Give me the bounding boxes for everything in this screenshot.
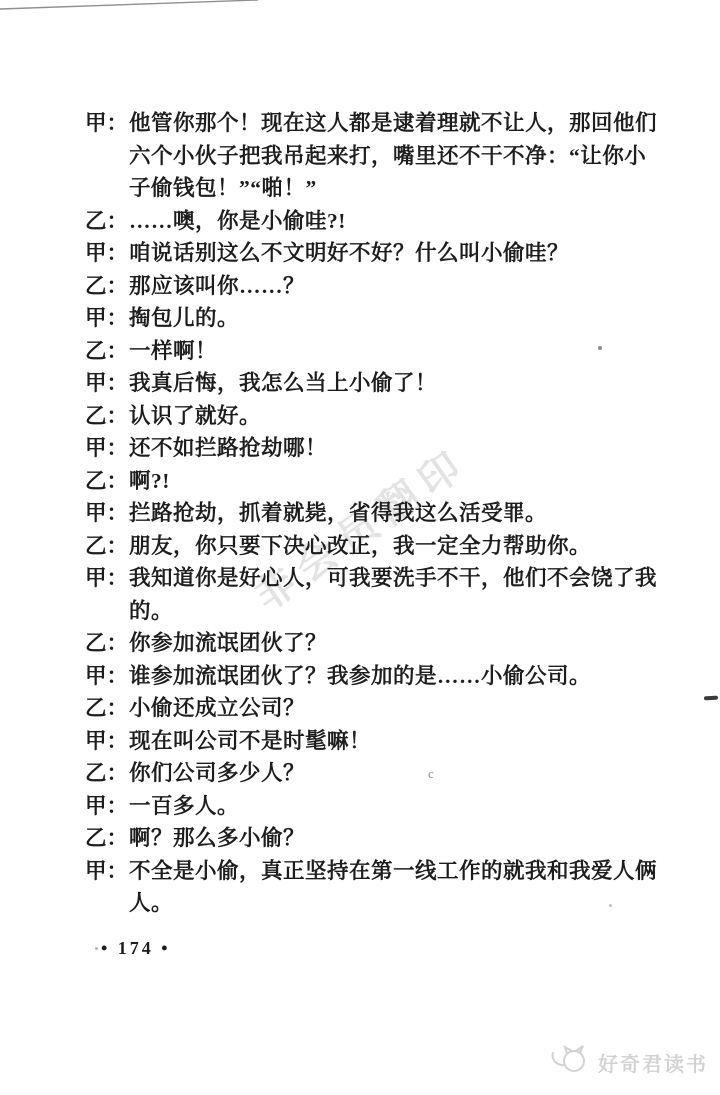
dialogue-text: 一百多人。 (129, 790, 659, 823)
speaker-label: 乙： (85, 822, 129, 855)
speaker-label: 甲： (85, 790, 129, 823)
dialogue-text: 那应该叫你……？ (129, 270, 659, 303)
dialogue-text: 咱说话别这么不文明好不好？什么叫小偷哇？ (129, 237, 659, 270)
speaker-label: 乙： (85, 205, 129, 238)
scan-speck-dot (609, 904, 612, 907)
speaker-label: 甲： (85, 237, 129, 270)
brand-name: 好奇君读书 (598, 1048, 708, 1077)
dialogue-text: 不全是小偷，真正坚持在第一线工作的就我和我爱人俩人。 (129, 855, 659, 920)
speaker-label: 甲： (85, 725, 129, 758)
dialogue-line: 乙： ……噢，你是小偷哇?! (85, 205, 663, 238)
dialogue-line: 乙： 你参加流氓团伙了？ (85, 627, 663, 660)
dialogue-block: 甲： 他管你那个！现在这人都是逮着理就不让人，那回他们六个小伙子把我吊起来打，嘴… (85, 107, 663, 920)
scan-dash-artifact (704, 696, 718, 701)
dialogue-line: 乙： 那应该叫你……？ (85, 270, 663, 303)
dialogue-line: 甲： 现在叫公司不是时髦嘛！ (85, 725, 663, 758)
dialogue-line: 甲： 我知道你是好心人，可我要洗手不干，他们不会饶了我的。 (85, 562, 663, 627)
dialogue-line: 乙： 朋友，你只要下决心改正，我一定全力帮助你。 (85, 530, 663, 563)
speaker-label: 甲： (85, 562, 129, 595)
dialogue-line: 甲： 谁参加流氓团伙了？我参加的是……小偷公司。 (85, 660, 663, 693)
speaker-label: 甲： (85, 367, 129, 400)
speaker-label: 乙： (85, 400, 129, 433)
speaker-label: 甲： (85, 660, 129, 693)
speaker-label: 乙： (85, 335, 129, 368)
dialogue-line: 甲： 一百多人。 (85, 790, 663, 823)
dialogue-text: 认识了就好。 (129, 400, 659, 433)
dialogue-line: 甲： 他管你那个！现在这人都是逮着理就不让人，那回他们六个小伙子把我吊起来打，嘴… (85, 107, 663, 205)
dialogue-line: 乙： 你们公司多少人？ (85, 757, 663, 790)
dialogue-line: 甲： 咱说话别这么不文明好不好？什么叫小偷哇？ (85, 237, 663, 270)
dialogue-text: 小偷还成立公司？ (129, 692, 659, 725)
dialogue-text: 啊?! (129, 465, 659, 498)
scan-speck-dot (598, 346, 602, 350)
speaker-label: 乙： (85, 530, 129, 563)
dialogue-line: 甲： 掏包儿的。 (85, 302, 663, 335)
dialogue-line: 乙： 认识了就好。 (85, 400, 663, 433)
dialogue-line: 甲： 拦路抢劫，抓着就毙，省得我这么活受罪。 (85, 497, 663, 530)
dialogue-line: 乙： 小偷还成立公司？ (85, 692, 663, 725)
speaker-label: 乙： (85, 627, 129, 660)
dialogue-text: 啊？那么多小偷？ (129, 822, 659, 855)
dialogue-line: 乙： 一样啊！ (85, 335, 663, 368)
dialogue-text: 谁参加流氓团伙了？我参加的是……小偷公司。 (129, 660, 659, 693)
speaker-label: 乙： (85, 692, 129, 725)
dialogue-text: 你参加流氓团伙了？ (129, 627, 659, 660)
speaker-label: 乙： (85, 757, 129, 790)
dialogue-text: 掏包儿的。 (129, 302, 659, 335)
dialogue-text: 还不如拦路抢劫哪！ (129, 432, 659, 465)
dialogue-text: 他管你那个！现在这人都是逮着理就不让人，那回他们六个小伙子把我吊起来打，嘴里还不… (129, 107, 659, 205)
scan-speck-dot (95, 947, 98, 950)
dialogue-line: 甲： 还不如拦路抢劫哪！ (85, 432, 663, 465)
dialogue-text: 你们公司多少人？ (129, 757, 659, 790)
dialogue-text: 拦路抢劫，抓着就毙，省得我这么活受罪。 (129, 497, 659, 530)
speaker-label: 甲： (85, 497, 129, 530)
dialogue-line: 乙： 啊?! (85, 465, 663, 498)
dialogue-text: 我真后悔，我怎么当上小偷了！ (129, 367, 659, 400)
dialogue-line: 甲： 我真后悔，我怎么当上小偷了！ (85, 367, 663, 400)
dialogue-text: 朋友，你只要下决心改正，我一定全力帮助你。 (129, 530, 659, 563)
speaker-label: 甲： (85, 302, 129, 335)
speaker-label: 甲： (85, 107, 129, 140)
scan-speck-c: c (428, 766, 434, 782)
speaker-label: 乙： (85, 270, 129, 303)
speaker-label: 乙： (85, 465, 129, 498)
dialogue-text: 现在叫公司不是时髦嘛！ (129, 725, 659, 758)
dialogue-line: 甲： 不全是小偷，真正坚持在第一线工作的就我和我爱人俩人。 (85, 855, 663, 920)
dialogue-text: 一样啊！ (129, 335, 659, 368)
dialogue-text: 我知道你是好心人，可我要洗手不干，他们不会饶了我的。 (129, 562, 659, 627)
brand-watermark: 好奇君读书 (550, 1043, 708, 1082)
dialogue-line: 乙： 啊？那么多小偷？ (85, 822, 663, 855)
speaker-label: 甲： (85, 432, 129, 465)
cat-logo-icon (550, 1043, 592, 1082)
dialogue-text: ……噢，你是小偷哇?! (129, 205, 659, 238)
scan-edge-line (0, 0, 270, 14)
speaker-label: 甲： (85, 855, 129, 888)
page-number: • 174 • (101, 938, 171, 959)
